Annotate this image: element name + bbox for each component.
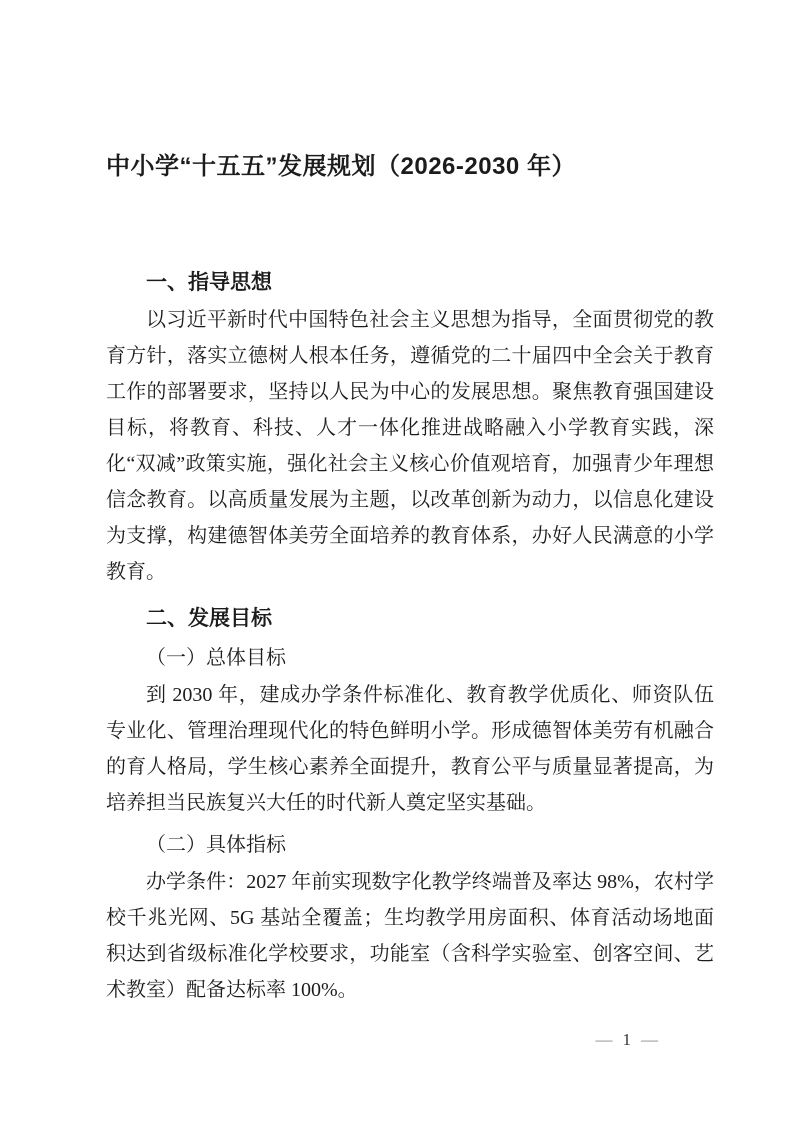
document-page: 中小学“十五五”发展规划（2026-2030 年） 一、指导思想 以习近平新时代… bbox=[0, 0, 794, 1122]
paragraph-overall-goal: 到 2030 年，建成办学条件标准化、教育教学优质化、师资队伍专业化、管理治理现… bbox=[106, 677, 714, 821]
page-number-right-dash: — bbox=[631, 1030, 668, 1049]
page-number-footer: —1— bbox=[586, 1030, 669, 1050]
page-number-value: 1 bbox=[623, 1030, 632, 1049]
section-heading-development-goals: 二、发展目标 bbox=[106, 604, 714, 634]
document-title: 中小学“十五五”发展规划（2026-2030 年） bbox=[106, 0, 714, 184]
subheading-overall-goal: （一）总体目标 bbox=[106, 643, 714, 673]
subheading-specific-indicators: （二）具体指标 bbox=[106, 830, 714, 860]
page-number-left-dash: — bbox=[586, 1030, 623, 1049]
document-content: 中小学“十五五”发展规划（2026-2030 年） 一、指导思想 以习近平新时代… bbox=[0, 0, 794, 1008]
paragraph-specific-indicators: 办学条件：2027 年前实现数字化教学终端普及率达 98%，农村学校千兆光网、5… bbox=[106, 864, 714, 1008]
paragraph-guiding-ideology: 以习近平新时代中国特色社会主义思想为指导，全面贯彻党的教育方针，落实立德树人根本… bbox=[106, 302, 714, 590]
section-heading-guiding-ideology: 一、指导思想 bbox=[106, 268, 714, 298]
